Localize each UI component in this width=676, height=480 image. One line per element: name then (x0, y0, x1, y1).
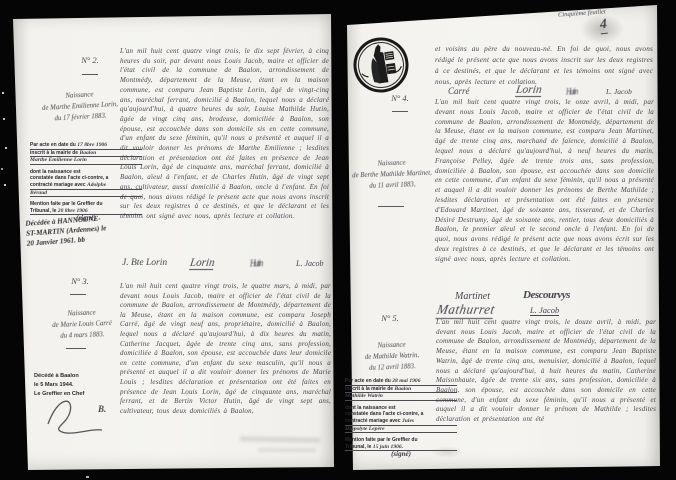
act4-signature-witness1: Descourvys (523, 289, 570, 301)
act2-number: N° 2. (62, 55, 118, 65)
act4-number-rule (392, 111, 408, 112)
act3-title-rule (66, 348, 86, 349)
act2-margin-title: Naissance de Marthe Emilienne Lorin, du … (29, 87, 131, 125)
act5-number: N° 5. (362, 313, 418, 323)
greffier-initial: B. (98, 404, 106, 414)
act3-continuation: et voisins au père du nouveau-né. En foi… (435, 44, 653, 88)
timbre-imperial-stamp-icon (347, 31, 415, 99)
act4-body: L'an mil huit cent quatre vingt trois, l… (435, 98, 654, 292)
act3-number: N° 3. (52, 276, 108, 286)
ghost-ink-mark2 (258, 448, 316, 452)
register-photo: N° 2. Naissance de Marthe Emilienne Lori… (0, 0, 676, 480)
act3-margin-title: Naissance de Marie Louis Carré du 4 mars… (29, 306, 134, 343)
greffier-paraph-flourish (40, 394, 110, 438)
act2-signature-witness2: Hutin (250, 258, 263, 270)
act4-signature-witness2: Mathurret (436, 302, 496, 319)
film-specks (2, 92, 4, 94)
act4-signature-declarant: Martinet (455, 291, 490, 302)
act4-title-rule (378, 206, 404, 207)
act3-signature-mayor: L. Jacob (606, 87, 632, 96)
act3-signature-witness2: Hutin (566, 86, 577, 98)
act4-number: N° 4. (372, 93, 428, 103)
act2-number-rule (82, 74, 98, 75)
film-speck-bottom (86, 476, 89, 478)
bottom-smudge (430, 446, 464, 458)
act2-signature-witness1: Lorin (189, 257, 215, 270)
act2-signature-mayor: L. Jacob (296, 259, 324, 268)
act2-death-note: Décédée à HANNOGNE- ST-MARTIN (Ardennes)… (25, 213, 107, 249)
act3-number-rule (70, 294, 86, 295)
act4-margin-title: Naissance de Berthe Mathilde Martinet, d… (341, 156, 442, 192)
act3-signature-witness1: Lorin (515, 84, 542, 97)
act2-body: L'an mil huit cent quatre vingt trois, l… (120, 47, 329, 259)
act5-margin-title: Naissance de Mathilde Watrin, du 12 avri… (341, 338, 442, 374)
act4-signature-mayor: L. Jacob (530, 305, 559, 316)
act3-signature-declarant: Carré (448, 86, 470, 96)
act5-body: L'an mil huit cent quatre vingt trois, l… (436, 318, 656, 434)
act2-signature-declarant: J. Bte Lorin (122, 258, 167, 268)
act3-body: L'an mil huit cent quatre vingt trois, l… (120, 282, 331, 454)
